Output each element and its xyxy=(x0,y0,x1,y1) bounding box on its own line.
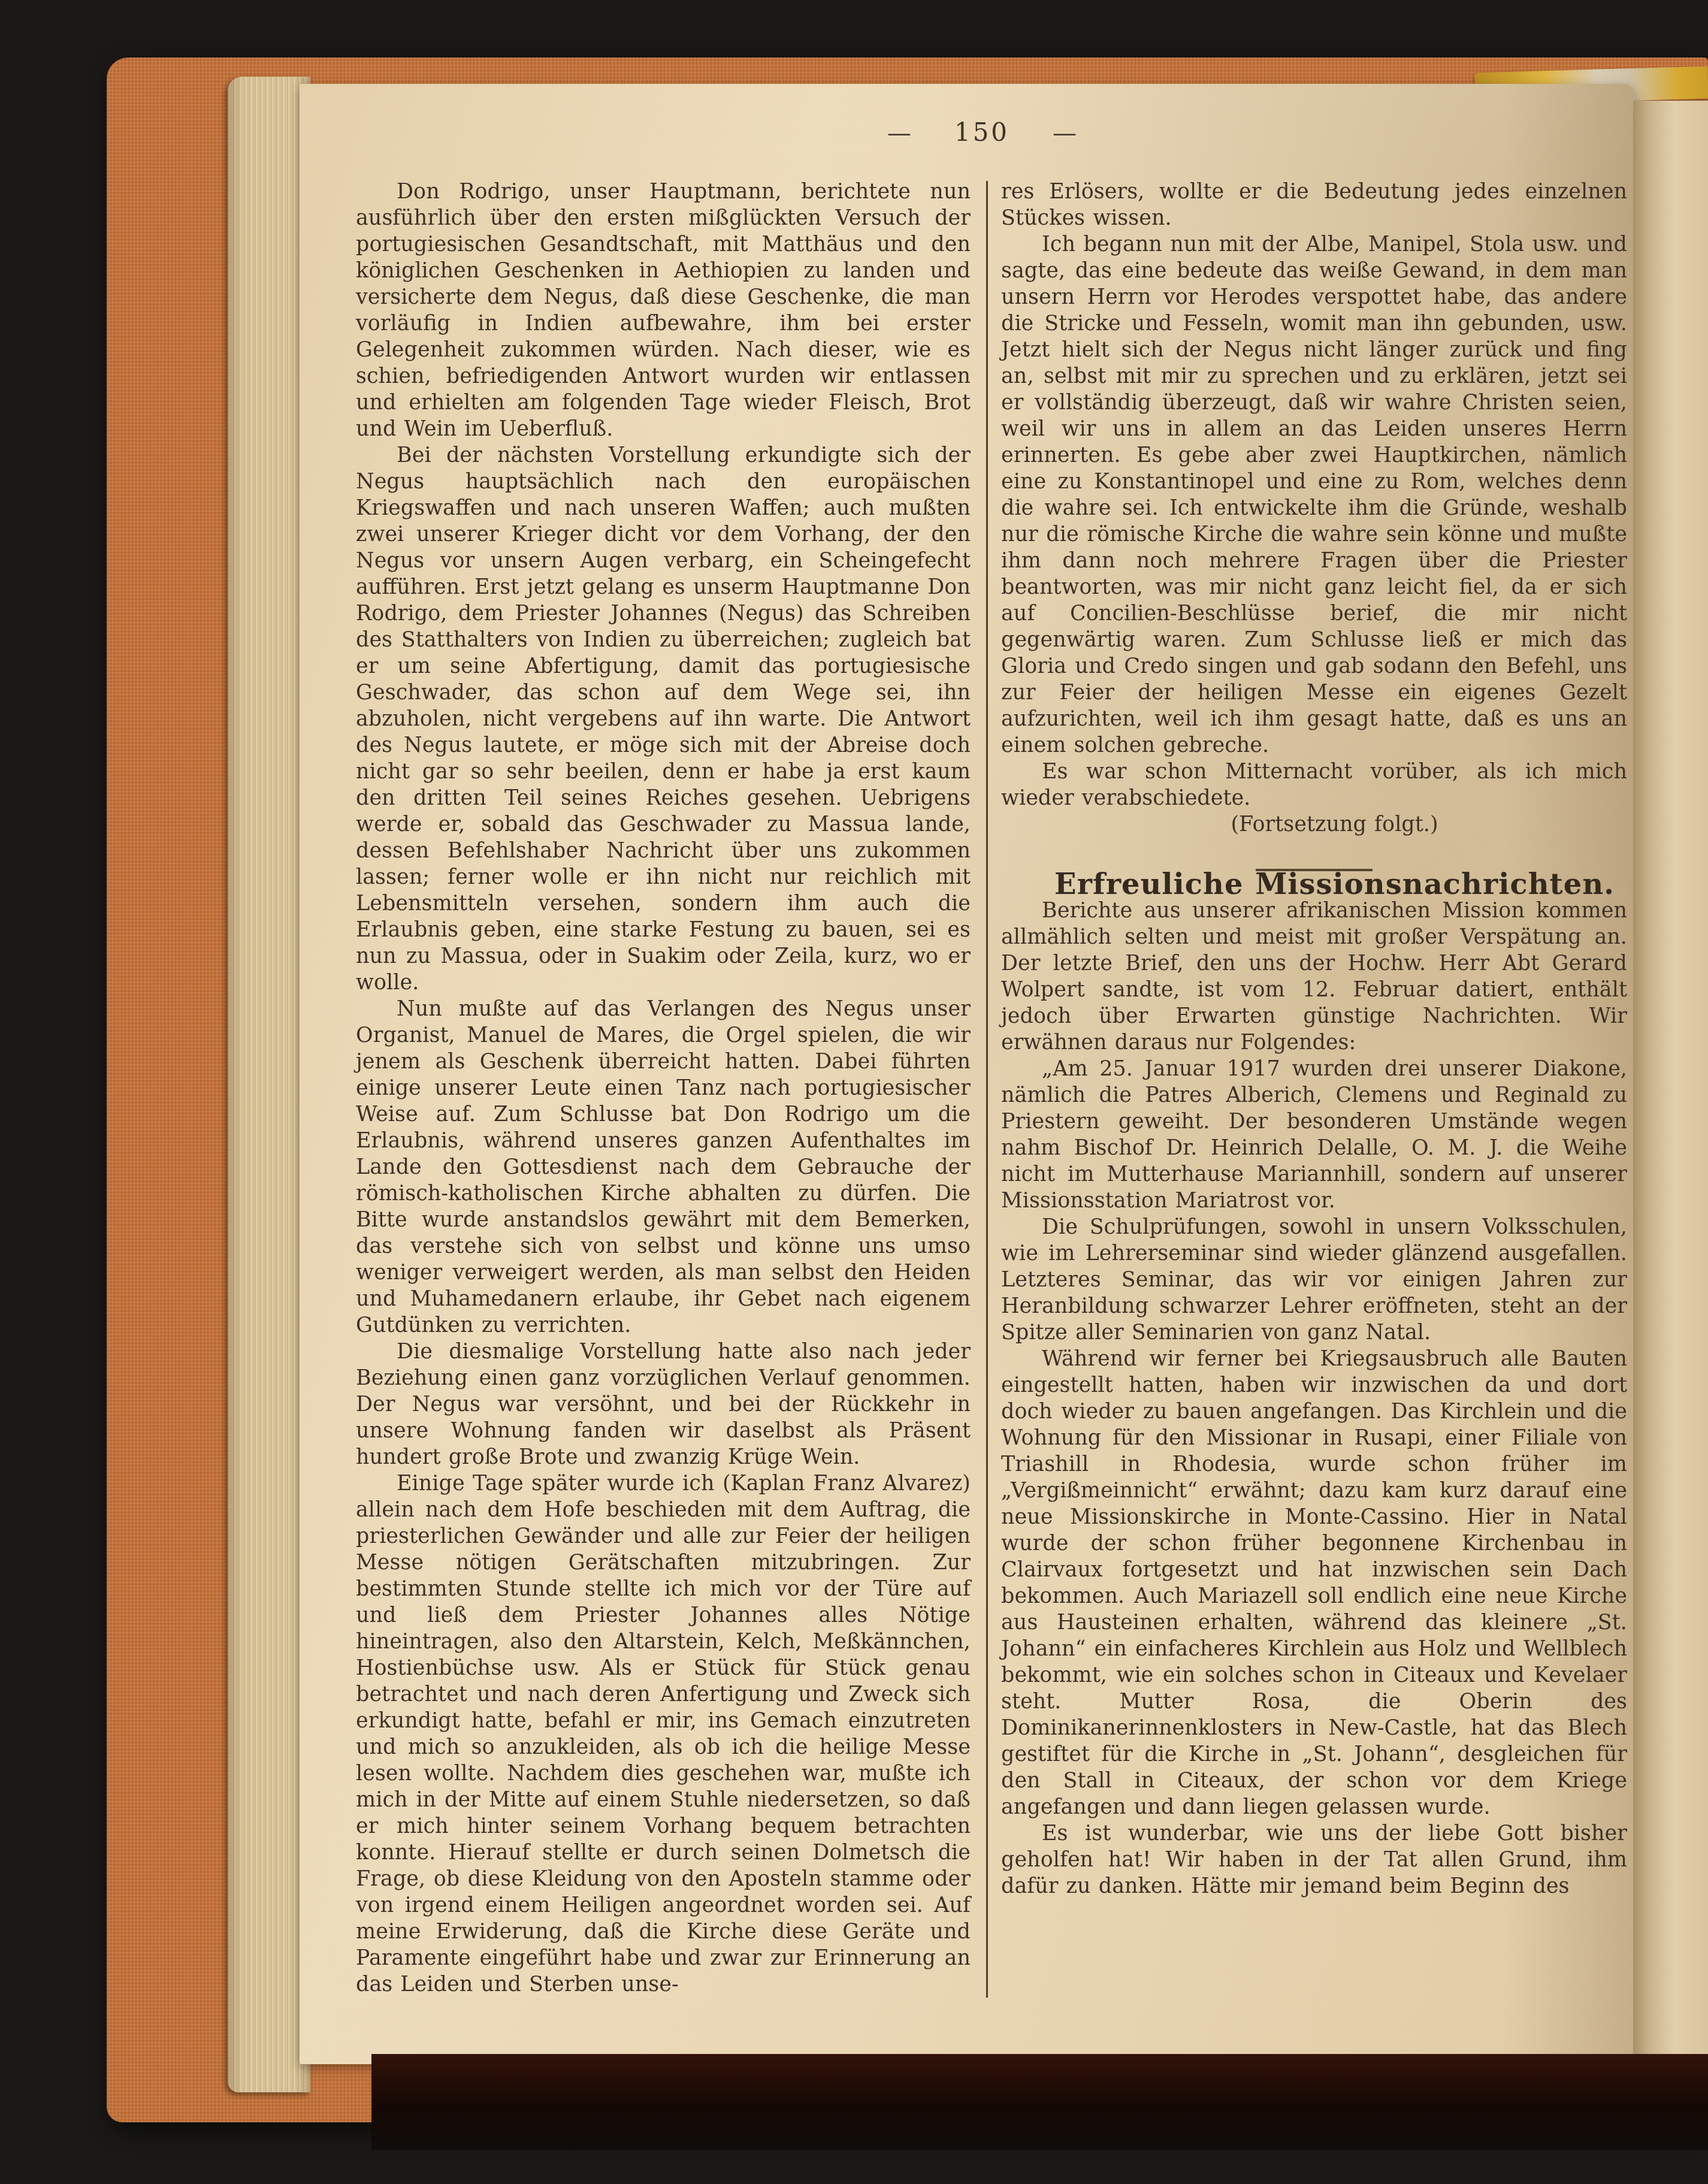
paragraph-mission-1: Berichte aus unserer afrikanischen Missi… xyxy=(1001,898,1627,1056)
column-divider xyxy=(986,181,988,1998)
paragraph-mission-2: „Am 25. Januar 1917 wurden drei unserer … xyxy=(1001,1056,1627,1214)
article-title: Erfreuliche Missionsnachrichten. xyxy=(1001,871,1627,898)
paragraph-mission-5: Es ist wunderbar, wie uns der liebe Gott… xyxy=(1001,1820,1627,1899)
header-dash-right: — xyxy=(1053,119,1077,147)
right-column: res Erlösers, wollte er die Bedeutung je… xyxy=(1001,179,1627,1998)
paragraph-left-5: Einige Tage später wurde ich (Kaplan Fra… xyxy=(356,1470,971,1998)
paragraph-mission-4: Während wir ferner bei Kriegsausbruch al… xyxy=(1001,1346,1627,1820)
page-header: — 150 — xyxy=(356,117,1608,147)
page-number: 150 xyxy=(954,117,1009,147)
paragraph-left-2: Bei der nächsten Vorstellung erkundigte … xyxy=(356,442,971,996)
left-column: Don Rodrigo, unser Hauptmann, berichtete… xyxy=(356,179,971,1998)
text-columns: Don Rodrigo, unser Hauptmann, berichtete… xyxy=(356,179,1627,1998)
paragraph-right-continuation: res Erlösers, wollte er die Bedeutung je… xyxy=(1001,179,1627,231)
page-gutter-fold xyxy=(1633,101,1708,2096)
page-stack-edge xyxy=(228,77,310,2092)
photograph-of-open-book: — 150 — Don Rodrigo, unser Hauptmann, be… xyxy=(0,0,1708,2184)
paragraph-right-3: Es war schon Mitternacht vorüber, als ic… xyxy=(1001,759,1627,811)
header-dash-left: — xyxy=(887,119,911,147)
under-page-shadow xyxy=(371,2054,1708,2150)
paragraph-left-3: Nun mußte auf das Verlangen des Negus un… xyxy=(356,996,971,1339)
paragraph-right-2: Ich begann nun mit der Albe, Manipel, St… xyxy=(1001,231,1627,759)
paragraph-mission-3: Die Schulprüfungen, sowohl in unsern Vol… xyxy=(1001,1214,1627,1346)
paragraph-left-4: Die diesmalige Vorstellung hatte also na… xyxy=(356,1339,971,1470)
paragraph-left-1: Don Rodrigo, unser Hauptmann, berichtete… xyxy=(356,179,971,442)
continuation-note: (Fortsetzung folgt.) xyxy=(1001,811,1627,838)
